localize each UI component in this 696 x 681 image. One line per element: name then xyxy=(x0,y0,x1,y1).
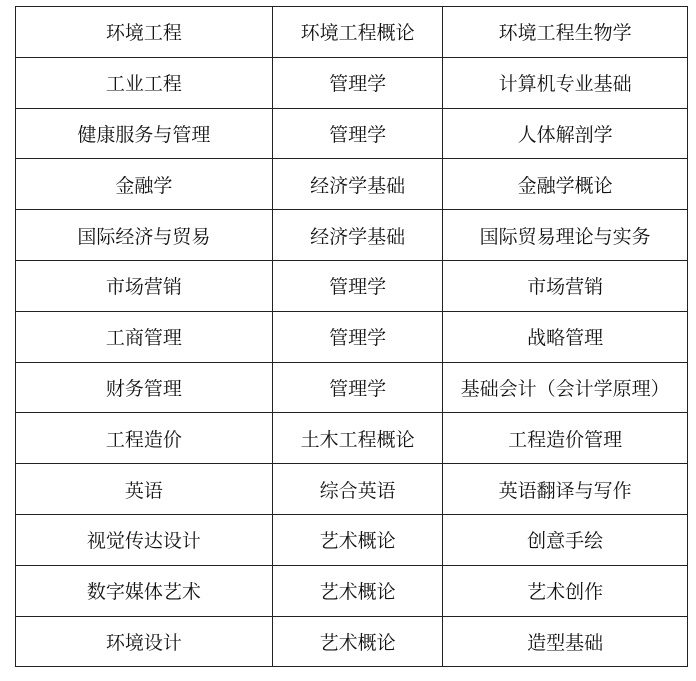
table-body: 环境工程环境工程概论环境工程生物学工业工程管理学计算机专业基础健康服务与管理管理… xyxy=(16,7,688,667)
basic-subject-cell: 综合英语 xyxy=(272,464,442,515)
basic-subject-cell: 艺术概论 xyxy=(272,514,442,565)
professional-subject-cell: 艺术创作 xyxy=(443,565,688,616)
basic-subject-cell: 经济学基础 xyxy=(272,159,442,210)
table-row: 工程造价土木工程概论工程造价管理 xyxy=(16,413,688,464)
basic-subject-cell: 艺术概论 xyxy=(272,616,442,667)
professional-subject-cell: 人体解剖学 xyxy=(443,108,688,159)
professional-subject-cell: 战略管理 xyxy=(443,311,688,362)
major-subject-table: 环境工程环境工程概论环境工程生物学工业工程管理学计算机专业基础健康服务与管理管理… xyxy=(15,6,688,667)
professional-subject-cell: 创意手绘 xyxy=(443,514,688,565)
table-row: 工业工程管理学计算机专业基础 xyxy=(16,57,688,108)
professional-subject-cell: 基础会计（会计学原理） xyxy=(443,362,688,413)
major-cell: 工程造价 xyxy=(16,413,273,464)
basic-subject-cell: 艺术概论 xyxy=(272,565,442,616)
table-row: 英语综合英语英语翻译与写作 xyxy=(16,464,688,515)
basic-subject-cell: 管理学 xyxy=(272,108,442,159)
basic-subject-cell: 土木工程概论 xyxy=(272,413,442,464)
professional-subject-cell: 国际贸易理论与实务 xyxy=(443,210,688,261)
major-cell: 健康服务与管理 xyxy=(16,108,273,159)
major-cell: 金融学 xyxy=(16,159,273,210)
table-row: 工商管理管理学战略管理 xyxy=(16,311,688,362)
basic-subject-cell: 管理学 xyxy=(272,362,442,413)
table-row: 金融学经济学基础金融学概论 xyxy=(16,159,688,210)
major-cell: 工商管理 xyxy=(16,311,273,362)
table-row: 财务管理管理学基础会计（会计学原理） xyxy=(16,362,688,413)
professional-subject-cell: 英语翻译与写作 xyxy=(443,464,688,515)
basic-subject-cell: 经济学基础 xyxy=(272,210,442,261)
major-cell: 财务管理 xyxy=(16,362,273,413)
professional-subject-cell: 环境工程生物学 xyxy=(443,7,688,58)
major-cell: 国际经济与贸易 xyxy=(16,210,273,261)
major-cell: 视觉传达设计 xyxy=(16,514,273,565)
major-cell: 工业工程 xyxy=(16,57,273,108)
professional-subject-cell: 市场营销 xyxy=(443,260,688,311)
professional-subject-cell: 工程造价管理 xyxy=(443,413,688,464)
table-row: 环境设计艺术概论造型基础 xyxy=(16,616,688,667)
major-cell: 数字媒体艺术 xyxy=(16,565,273,616)
table-row: 环境工程环境工程概论环境工程生物学 xyxy=(16,7,688,58)
table-row: 国际经济与贸易经济学基础国际贸易理论与实务 xyxy=(16,210,688,261)
basic-subject-cell: 管理学 xyxy=(272,311,442,362)
professional-subject-cell: 造型基础 xyxy=(443,616,688,667)
basic-subject-cell: 管理学 xyxy=(272,57,442,108)
basic-subject-cell: 环境工程概论 xyxy=(272,7,442,58)
professional-subject-cell: 计算机专业基础 xyxy=(443,57,688,108)
professional-subject-cell: 金融学概论 xyxy=(443,159,688,210)
table-row: 数字媒体艺术艺术概论艺术创作 xyxy=(16,565,688,616)
table-row: 市场营销管理学市场营销 xyxy=(16,260,688,311)
major-cell: 市场营销 xyxy=(16,260,273,311)
basic-subject-cell: 管理学 xyxy=(272,260,442,311)
major-cell: 环境设计 xyxy=(16,616,273,667)
table-row: 健康服务与管理管理学人体解剖学 xyxy=(16,108,688,159)
major-cell: 英语 xyxy=(16,464,273,515)
table-row: 视觉传达设计艺术概论创意手绘 xyxy=(16,514,688,565)
major-cell: 环境工程 xyxy=(16,7,273,58)
